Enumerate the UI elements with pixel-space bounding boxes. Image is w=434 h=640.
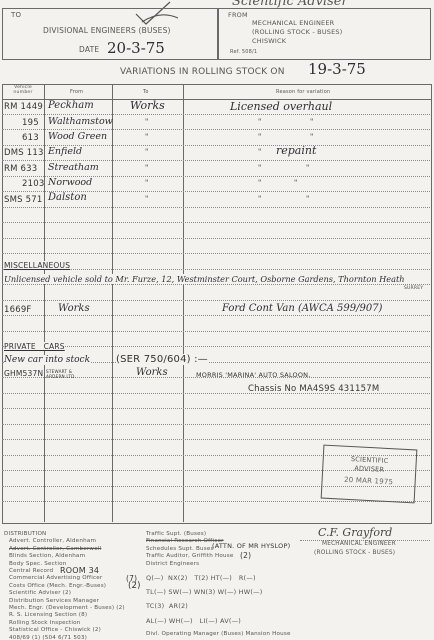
auditor-count: (2) (240, 551, 251, 560)
scientific-adviser-stamp: SCIENTIFIC ADVISER 20 MAR 1975 (321, 445, 418, 504)
attn-annotation: (ATTN. OF MR HYSLOP) (212, 542, 290, 550)
vehicle-number: 613 (22, 133, 39, 143)
from-depot: Norwood (48, 177, 92, 188)
from-depot: Wood Green (48, 131, 107, 142)
misc-sale-county: SURREY (404, 286, 423, 291)
distribution-item-struck: Advert. Controller, Camberwell (4, 546, 125, 553)
col-header-reason: Reason for variation (276, 89, 330, 95)
to-box: TO DIVISIONAL ENGINEERS (BUSES) DATE 20-… (2, 8, 219, 60)
col-divider-2 (112, 84, 113, 522)
row-rule (2, 114, 430, 115)
to-destination: " (145, 133, 148, 141)
row-rule (2, 331, 430, 332)
variation-date: 19-3-75 (308, 60, 366, 78)
row-rule (2, 315, 430, 316)
distribution-item: Traffic Supt. (Buses) (146, 531, 234, 538)
reason: " (258, 179, 261, 187)
new-car-note: New car into stock (4, 355, 90, 365)
distribution-item: Mech. Engr. (Development - Buses) (2) (4, 605, 125, 612)
row-rule (2, 207, 430, 208)
distribution-item: Traffic Auditor, Griffith House (146, 553, 234, 560)
row-rule (2, 238, 430, 239)
chassis-number: Chassis No MA4S9S 431157M (248, 384, 379, 394)
district-codes-row-2: TL(—) SW(—) WN(3) W(—) HW(—) (146, 588, 263, 596)
col-divider-1 (44, 84, 45, 522)
vehicle-number: 2103 (22, 179, 44, 189)
row-rule (2, 129, 430, 130)
reason: MORRIS 'MARINA' AUTO SALOON. (196, 371, 311, 379)
vehicle-number: 195 (22, 118, 39, 128)
row-rule (2, 501, 430, 502)
from-depot: Enfield (48, 146, 82, 157)
row-rule (2, 300, 430, 301)
reason-ditto: " (294, 179, 297, 187)
row-rule (2, 408, 430, 409)
distribution-list: DISTRIBUTION Advert. Controller, Aldenha… (4, 531, 125, 640)
distribution-item: R. S. Licensing Section (8) (4, 612, 125, 619)
date-value: 20-3-75 (107, 39, 165, 57)
row-rule (2, 222, 430, 223)
vehicle-number: RM 1449 (4, 102, 43, 112)
district-codes-row-3: TC(3) AR(2) (146, 602, 188, 610)
reason: Ford Cont Van (AWCA 599/907) (222, 303, 382, 314)
reason-ditto: " (310, 118, 313, 126)
reason-ditto: " (306, 195, 309, 203)
row-rule (2, 284, 430, 285)
stamp-date: 20 MAR 1975 (322, 475, 414, 488)
to-destination: " (145, 148, 148, 156)
private-cars-heading: PRIVATE CARS (4, 342, 65, 351)
to-destination: " (145, 118, 148, 126)
room-annotation: ROOM 34 (60, 566, 99, 575)
to-destination: " (145, 195, 148, 203)
miscellaneous-heading: MISCELLANEOUS (4, 261, 70, 270)
signature-title-1: MECHANICAL ENGINEER (322, 541, 396, 547)
distribution-footer: Divl. Operating Manager (Buses) Mansion … (146, 631, 291, 637)
vehicle-number: 1669F (4, 305, 32, 315)
distribution-item: Costs Office (Mech. Engr.-Buses) (4, 583, 125, 590)
to-value: DIVISIONAL ENGINEERS (BUSES) (43, 26, 171, 35)
distribution-item: Commercial Advertising Officer (4, 575, 125, 582)
date-label: DATE (79, 45, 99, 54)
from-label: FROM (228, 11, 248, 19)
col-header-to: To (143, 89, 149, 95)
reason: " (258, 195, 261, 203)
vehicle-number: GHM537N (4, 369, 43, 378)
distribution-item: Statistical Office - Chiswick (2) (4, 627, 125, 634)
misc-sale-note: Unlicensed vehicle sold to Mr. Furze, 12… (4, 274, 407, 284)
from-depot: Peckham (48, 100, 94, 111)
ref-number: Ref. 508/1 (230, 49, 257, 55)
col-divider-3 (183, 84, 184, 522)
row-rule (2, 160, 430, 161)
distribution-item: Advert. Controller, Aldenham (4, 538, 125, 545)
from-dealer: STEWART & ARDERN LTD. (46, 369, 86, 379)
form-title: VARIATIONS IN ROLLING STOCK ON (120, 67, 285, 77)
row-rule (2, 424, 430, 425)
vehicle-number: SMS 571 (4, 195, 42, 205)
distribution-item: Distribution Services Manager (4, 598, 125, 605)
to-destination: Works (136, 367, 168, 378)
reason-ditto: " (306, 164, 309, 172)
from-line-3: CHISWICK (252, 37, 286, 45)
row-rule (2, 253, 430, 254)
ser-reference: (SER 750/604) :— (116, 354, 208, 365)
distribution-item: District Engineers (146, 561, 234, 568)
row-rule (2, 346, 430, 347)
to-destination: " (145, 164, 148, 172)
from-depot: Walthamstow (48, 116, 113, 127)
from-depot: Streatham (48, 162, 99, 173)
col-header-vehicle: Vehicle number (4, 85, 42, 95)
vehicle-number: RM 633 (4, 164, 37, 174)
signature: C.F. Grayford (318, 526, 392, 539)
to-label: TO (11, 11, 21, 19)
reason-repaint: repaint (276, 144, 316, 157)
from-line-2: (ROLLING STOCK - BUSES) (252, 28, 343, 36)
to-destination: Works (130, 99, 165, 112)
distribution-item: Scientific Adviser (2) (4, 590, 125, 597)
distribution-item: Blinds Section, Aldenham (4, 553, 125, 560)
reason: " (258, 164, 261, 172)
signature-title-2: (ROLLING STOCK - BUSES) (314, 550, 395, 556)
to-destination: " (145, 179, 148, 187)
vehicle-number: DMS 113 (4, 148, 44, 158)
reason: " (258, 118, 261, 126)
distribution-item: Rolling Stock Inspection (4, 620, 125, 627)
from-box: FROM MECHANICAL ENGINEER (ROLLING STOCK … (217, 8, 431, 60)
district-codes-row-1: Q(—) NX(2) T(2) HT(—) R(—) (146, 574, 256, 582)
from-depot: Dalston (48, 192, 87, 203)
reason: " (258, 133, 261, 141)
reason-ditto: " (310, 133, 313, 141)
district-codes-row-4: AL(—) WH(—) LI(—) AV(—) (146, 617, 241, 625)
row-rule (2, 439, 430, 440)
costs-count: (2) (128, 581, 141, 591)
distribution-heading: DISTRIBUTION (4, 531, 125, 538)
from-depot: Works (58, 303, 90, 314)
reason: " (258, 148, 261, 156)
from-line-1: MECHANICAL ENGINEER (252, 19, 334, 27)
distribution-item: 408/69 (1) (504 6/71 503) (4, 635, 125, 640)
col-header-from: From (70, 89, 83, 95)
reason: Licensed overhaul (230, 100, 332, 113)
